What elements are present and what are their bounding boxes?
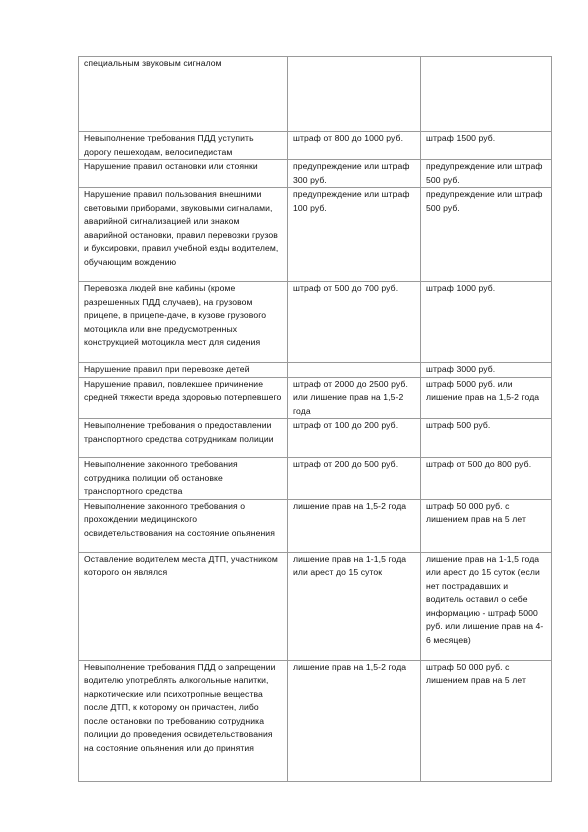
violation-cell: Невыполнение требования о предоставлении…: [79, 419, 288, 458]
table-row: Оставление водителем места ДТП, участник…: [79, 552, 552, 660]
violation-cell: Перевозка людей вне кабины (кроме разреш…: [79, 282, 288, 363]
new-penalty-cell: штраф 50 000 руб. с лишением прав на 5 л…: [421, 660, 552, 781]
old-penalty-cell: [288, 363, 421, 378]
table-row: Нарушение правил остановки или стоянкипр…: [79, 160, 552, 188]
table-row: Невыполнение требования о предоставлении…: [79, 419, 552, 458]
new-penalty-cell: [421, 57, 552, 132]
violation-cell: Нарушение правил остановки или стоянки: [79, 160, 288, 188]
violation-cell: Невыполнение требования ПДД уступить дор…: [79, 132, 288, 160]
new-penalty-cell: штраф 5000 руб. или лишение прав на 1,5-…: [421, 377, 552, 419]
document-page: специальным звуковым сигналомНевыполнени…: [0, 0, 588, 832]
table-row: Нарушение правил, повлекшее причинение с…: [79, 377, 552, 419]
table-row: Нарушение правил пользования внешними св…: [79, 188, 552, 282]
violation-cell: специальным звуковым сигналом: [79, 57, 288, 132]
new-penalty-cell: штраф 500 руб.: [421, 419, 552, 458]
violation-cell: Оставление водителем места ДТП, участник…: [79, 552, 288, 660]
new-penalty-cell: предупреждение или штраф 500 руб.: [421, 160, 552, 188]
old-penalty-cell: лишение прав на 1,5-2 года: [288, 660, 421, 781]
old-penalty-cell: штраф от 100 до 200 руб.: [288, 419, 421, 458]
old-penalty-cell: штраф от 2000 до 2500 руб. или лишение п…: [288, 377, 421, 419]
old-penalty-cell: штраф от 800 до 1000 руб.: [288, 132, 421, 160]
new-penalty-cell: штраф 1000 руб.: [421, 282, 552, 363]
table-row: Невыполнение требования ПДД о запрещении…: [79, 660, 552, 781]
old-penalty-cell: лишение прав на 1-1,5 года или арест до …: [288, 552, 421, 660]
new-penalty-cell: предупреждение или штраф 500 руб.: [421, 188, 552, 282]
violation-cell: Нарушение правил пользования внешними св…: [79, 188, 288, 282]
violation-cell: Невыполнение законного требования сотруд…: [79, 458, 288, 500]
violation-cell: Невыполнение законного требования о прох…: [79, 499, 288, 552]
new-penalty-cell: штраф 1500 руб.: [421, 132, 552, 160]
new-penalty-cell: штраф 50 000 руб. с лишением прав на 5 л…: [421, 499, 552, 552]
table-row: Перевозка людей вне кабины (кроме разреш…: [79, 282, 552, 363]
old-penalty-cell: [288, 57, 421, 132]
old-penalty-cell: лишение прав на 1,5-2 года: [288, 499, 421, 552]
violation-cell: Нарушение правил при перевозке детей: [79, 363, 288, 378]
old-penalty-cell: штраф от 500 до 700 руб.: [288, 282, 421, 363]
old-penalty-cell: предупреждение или штраф 100 руб.: [288, 188, 421, 282]
table-row: Нарушение правил при перевозке детейштра…: [79, 363, 552, 378]
new-penalty-cell: штраф от 500 до 800 руб.: [421, 458, 552, 500]
old-penalty-cell: предупреждение или штраф 300 руб.: [288, 160, 421, 188]
table-row: Невыполнение требования ПДД уступить дор…: [79, 132, 552, 160]
violation-cell: Невыполнение требования ПДД о запрещении…: [79, 660, 288, 781]
table-row: Невыполнение законного требования сотруд…: [79, 458, 552, 500]
violation-cell: Нарушение правил, повлекшее причинение с…: [79, 377, 288, 419]
new-penalty-cell: штраф 3000 руб.: [421, 363, 552, 378]
fines-table: специальным звуковым сигналомНевыполнени…: [78, 56, 552, 782]
new-penalty-cell: лишение прав на 1-1,5 года или арест до …: [421, 552, 552, 660]
table-row: специальным звуковым сигналом: [79, 57, 552, 132]
table-row: Невыполнение законного требования о прох…: [79, 499, 552, 552]
old-penalty-cell: штраф от 200 до 500 руб.: [288, 458, 421, 500]
